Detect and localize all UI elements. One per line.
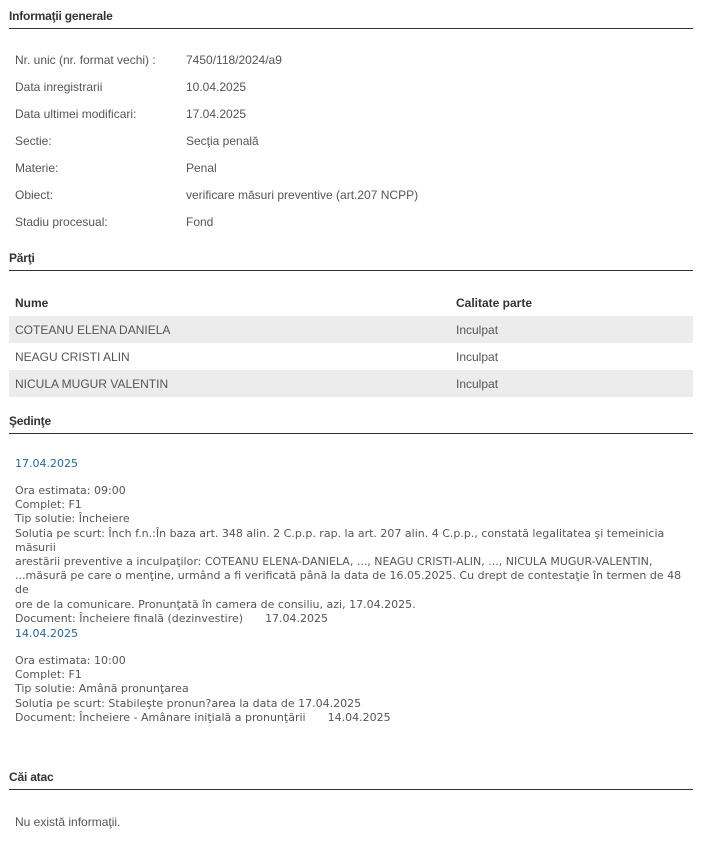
info-label: Nr. unic (nr. format vechi) :: [15, 53, 156, 67]
sedinta-solutie-line: arestării preventive a inculpaţilor: COT…: [15, 555, 695, 569]
party-role: Inculpat: [450, 343, 693, 370]
info-label: Sectie:: [15, 134, 52, 148]
party-role: Inculpat: [450, 370, 693, 397]
section-title-info: Informaţii generale: [9, 9, 693, 29]
info-value: Penal: [186, 161, 217, 175]
info-value: Secţia penală: [186, 134, 259, 148]
section-title-sedinte: Şedinţe: [9, 414, 693, 434]
info-label: Data inregistrarii: [15, 80, 102, 94]
document-date: 14.04.2025: [328, 711, 391, 724]
table-row: NICULA MUGUR VALENTIN Inculpat: [9, 370, 693, 397]
sedinta-solutie-line: ore de la comunicare. Pronunţată în came…: [15, 598, 695, 612]
info-value: 7450/118/2024/a9: [186, 53, 282, 67]
empty-state-message: Nu există informaţii.: [15, 815, 120, 829]
party-name: COTEANU ELENA DANIELA: [9, 316, 450, 343]
party-role: Inculpat: [450, 316, 693, 343]
party-name: NEAGU CRISTI ALIN: [9, 343, 450, 370]
sedinta-details: Ora estimata: 10:00 Complet: F1 Tip solu…: [15, 654, 695, 725]
info-label: Stadiu procesual:: [15, 215, 108, 229]
sedinta-tip-solutie: Tip solutie: Încheiere: [15, 512, 695, 526]
sedinta-document: Document: Încheiere - Amânare iniţială a…: [15, 711, 695, 725]
table-row: COTEANU ELENA DANIELA Inculpat: [9, 316, 693, 343]
sedinta-complet: Complet: F1: [15, 498, 695, 512]
sedinta-solutie-line: ...măsură pe care o menţine, urmând a fi…: [15, 569, 695, 597]
info-row-obiect: Obiect: verificare măsuri preventive (ar…: [15, 188, 693, 202]
sedinta-document: Document: Încheiere finală (dezinvestire…: [15, 612, 695, 626]
info-label: Obiect:: [15, 188, 53, 202]
document-label: Document: Încheiere finală (dezinvestire…: [15, 612, 243, 625]
sedinta-complet: Complet: F1: [15, 668, 695, 682]
info-label: Data ultimei modificari:: [15, 107, 136, 121]
parti-header-row: Nume Calitate parte: [9, 290, 693, 316]
info-row-nr-unic: Nr. unic (nr. format vechi) : 7450/118/2…: [15, 53, 693, 67]
column-header-nume: Nume: [9, 290, 450, 316]
sedinta-ora: Ora estimata: 09:00: [15, 484, 695, 498]
party-name: NICULA MUGUR VALENTIN: [9, 370, 450, 397]
info-value: 10.04.2025: [186, 80, 246, 94]
info-row-data-modificari: Data ultimei modificari: 17.04.2025: [15, 107, 693, 121]
column-header-calitate: Calitate parte: [450, 290, 693, 316]
info-value: verificare măsuri preventive (art.207 NC…: [186, 188, 418, 202]
table-row: NEAGU CRISTI ALIN Inculpat: [9, 343, 693, 370]
info-row-sectie: Sectie: Secţia penală: [15, 134, 693, 148]
section-title-parti: Părţi: [9, 251, 693, 271]
parti-table: Nume Calitate parte COTEANU ELENA DANIEL…: [9, 290, 693, 397]
document-date: 17.04.2025: [265, 612, 328, 625]
sedinta-date-link[interactable]: 14.04.2025: [15, 627, 78, 641]
section-title-cai-atac: Căi atac: [9, 770, 693, 790]
info-row-data-inregistrarii: Data inregistrarii 10.04.2025: [15, 80, 693, 94]
document-label: Document: Încheiere - Amânare iniţială a…: [15, 711, 306, 724]
info-value: 17.04.2025: [186, 107, 246, 121]
info-row-materie: Materie: Penal: [15, 161, 693, 175]
info-value: Fond: [186, 215, 213, 229]
sedinta-date-link[interactable]: 17.04.2025: [15, 457, 78, 471]
sedinta-solutie-line: Solutia pe scurt: Înch f.n.:În baza art.…: [15, 527, 695, 555]
sedinta-tip-solutie: Tip solutie: Amână pronunţarea: [15, 682, 695, 696]
sedinta-ora: Ora estimata: 10:00: [15, 654, 695, 668]
info-label: Materie:: [15, 161, 58, 175]
sedinta-details: Ora estimata: 09:00 Complet: F1 Tip solu…: [15, 484, 695, 626]
sedinta-solutie-line: Solutia pe scurt: Stabileşte pronun?area…: [15, 697, 695, 711]
info-row-stadiu: Stadiu procesual: Fond: [15, 215, 693, 229]
